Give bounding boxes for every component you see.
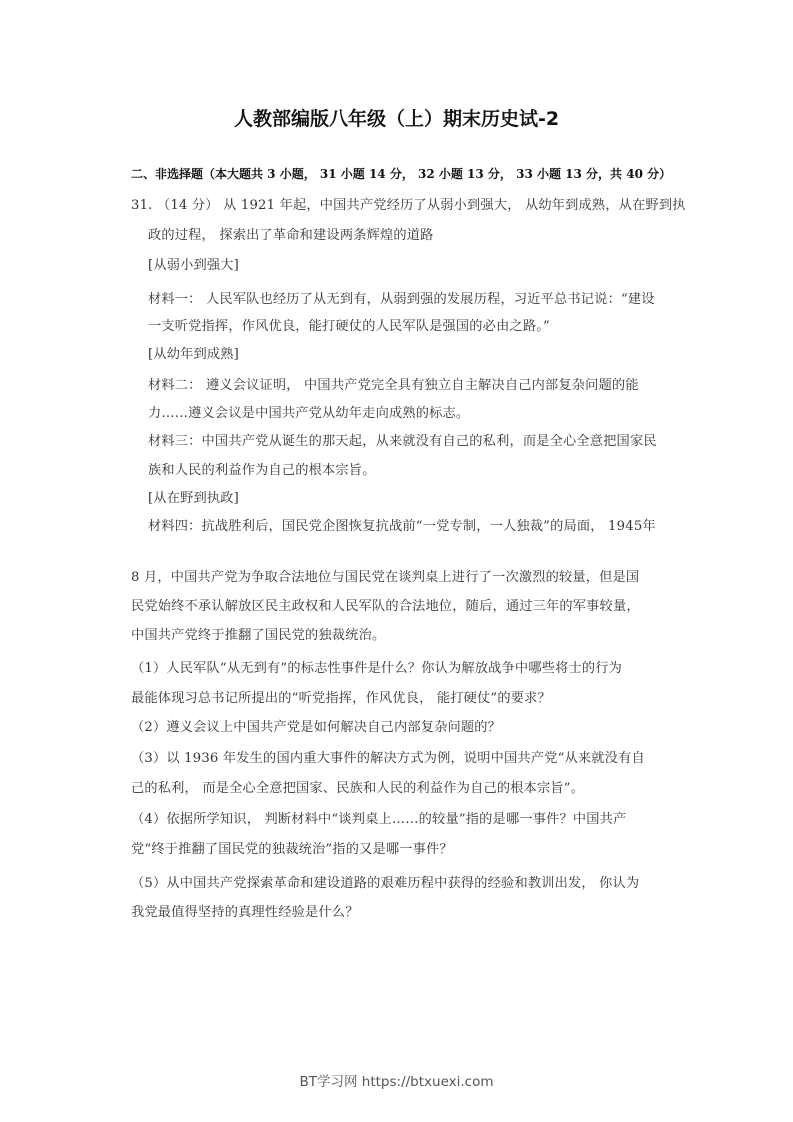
document-title: 人教部编版八年级（上）期末历史试-2 (0, 104, 793, 131)
material-1-line: 一支听党指挥，作风优良，能打硬仗的人民军队是强国的必由之路。” (148, 315, 550, 334)
footer-watermark: BT学习网 https://btxuexi.com (0, 1070, 793, 1090)
section-header: 二、非选择题（本大题共 3 小题， 31 小题 14 分， 32 小题 13 分… (131, 165, 671, 182)
material-4-line: 民党始终不承认解放区民主政权和人民军队的合法地位，随后，通过三年的军事较量， (131, 595, 640, 614)
sub-question-4: （4）依据所学知识， 判断材料中“谈判桌上……的较量”指的是哪一事件？中国共产 (131, 808, 626, 827)
sub-question-3: （3）以 1936 年发生的国内重大事件的解决方式为例，说明中国共产党“从来就没… (131, 747, 645, 766)
sub-question-2: （2）遵义会议上中国共产党是如何解决自己内部复杂问题的？ (131, 716, 501, 735)
question-intro-line: 31. （14 分） 从 1921 年起，中国共产党经历了从弱小到强大， 从幼年… (131, 194, 686, 213)
subheading-young-to-mature: [从幼年到成熟] (148, 343, 239, 362)
material-2-line: 力……遵义会议是中国共产党从幼年走向成熟的标志。 (148, 402, 469, 421)
material-1-line: 材料一： 人民军队也经历了从无到有，从弱到强的发展历程，习近平总书记说：“建设 (148, 288, 655, 307)
sub-question-1: （1）人民军队“从无到有”的标志性事件是什么？你认为解放战争中哪些将士的行为 (131, 657, 622, 676)
subheading-weak-to-strong: [从弱小到强大] (148, 254, 239, 273)
material-4-line: 材料四：抗战胜利后，国民党企图恢复抗战前“一党专制，一人独裁”的局面， 1945… (148, 515, 656, 534)
subheading-opposition-to-ruling: [从在野到执政] (148, 487, 239, 506)
material-4-line: 中国共产党终于推翻了国民党的独裁统治。 (131, 624, 385, 643)
question-intro-line: 政的过程， 探索出了革命和建设两条辉煌的道路 (148, 224, 434, 243)
sub-question-4: 党“终于推翻了国民党的独裁统治”指的又是哪一事件？ (131, 838, 453, 857)
sub-question-3: 己的私利， 而是全心全意把国家、民族和人民的利益作为自己的根本宗旨”。 (131, 777, 584, 796)
sub-question-5: 我党最值得坚持的真理性经验是什么？ (131, 901, 359, 920)
sub-question-1: 最能体现习总书记所提出的“听党指挥，作风优良， 能打硬仗”的要求？ (131, 687, 551, 706)
material-2-line: 材料二： 遵义会议证明， 中国共产党完全具有独立自主解决自己内部复杂问题的能 (148, 374, 639, 393)
material-3-line: 材料三：中国共产党从诞生的那天起，从来就没有自己的私利，而是全心全意把国家民 (148, 430, 657, 449)
sub-question-5: （5）从中国共产党探索革命和建设道路的艰难历程中获得的经验和教训出发， 你认为 (131, 872, 639, 891)
material-3-line: 族和人民的利益作为自己的根本宗旨。 (148, 459, 376, 478)
material-4-line: 8 月，中国共产党为争取合法地位与国民党在谈判桌上进行了一次激烈的较量，但是国 (131, 566, 639, 585)
